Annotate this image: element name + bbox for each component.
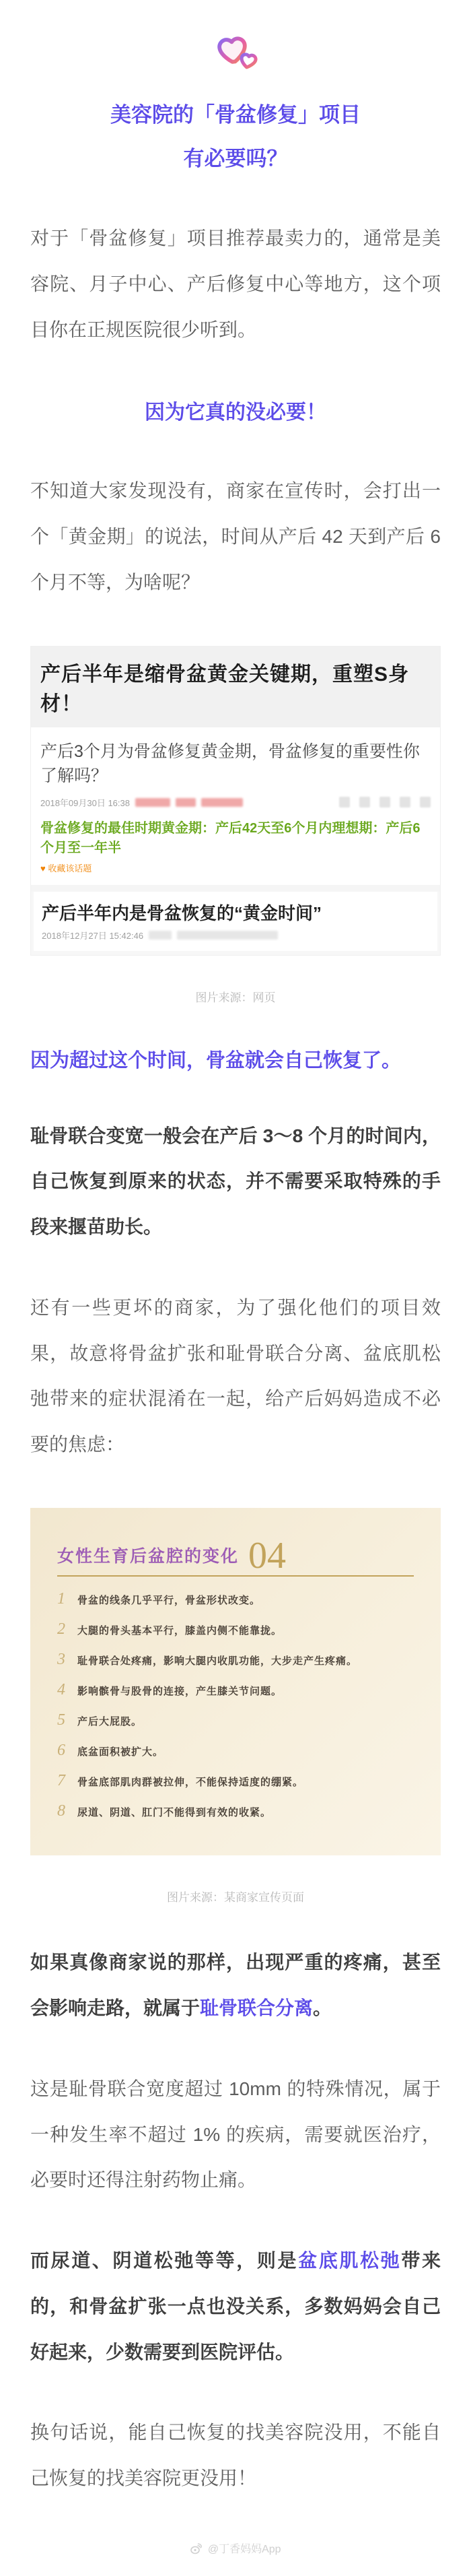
list-item: 6 底盆面积被扩大。 bbox=[57, 1742, 414, 1760]
redacted-source-text bbox=[176, 798, 196, 807]
redacted-source-text bbox=[135, 798, 170, 807]
redacted-share-icon bbox=[420, 797, 431, 807]
figure-promo-card[interactable]: 女性生育后盆腔的变化 04 1 骨盆的线条几乎平行，骨盆形状改变。 2 大腿的骨… bbox=[30, 1508, 441, 1905]
hearts-logo bbox=[0, 28, 471, 81]
text-segment: 。 bbox=[313, 1997, 332, 2018]
screenshot-headline: 产后半年是缩骨盆黄金关键期，重塑S身材！ bbox=[40, 663, 409, 715]
favorite-label: 收藏该话题 bbox=[48, 863, 92, 873]
list-item: 8 尿道、阴道、肛门不能得到有效的收紧。 bbox=[57, 1802, 414, 1820]
list-item: 5 产后大屁股。 bbox=[57, 1711, 414, 1729]
page-title-line1: 美容院的「骨盆修复」项目 bbox=[0, 93, 471, 137]
item-text: 尿道、阴道、肛门不能得到有效的收紧。 bbox=[77, 1805, 271, 1819]
item-text: 产后大屁股。 bbox=[77, 1714, 142, 1728]
screenshot-headline2: 产后半年内是骨盆恢复的“黄金时间” bbox=[42, 900, 429, 925]
heart-icon: ♥ bbox=[40, 863, 46, 873]
item-number: 5 bbox=[57, 1711, 77, 1729]
item-number: 8 bbox=[57, 1802, 77, 1820]
paragraph-pubic-symphysis: 耻骨联合变宽一般会在产后 3～8 个月的时间内，自己恢复到原来的状态，并不需要采… bbox=[30, 1113, 441, 1250]
list-item: 3 耻骨联合处疼痛，影响大腿内收肌功能，大步走产生疼痛。 bbox=[57, 1651, 414, 1669]
item-number: 6 bbox=[57, 1742, 77, 1760]
paragraph-10mm: 这是耻骨联合宽度超过 10mm 的特殊情况，属于一种发生率不超过 1% 的疾病，… bbox=[30, 2066, 441, 2203]
paragraph-intro: 对于「骨盆修复」项目推荐最卖力的，通常是美容院、月子中心、产后修复中心等地方，这… bbox=[30, 216, 441, 352]
list-item: 4 影响髌骨与股骨的连接，产生膝关节问题。 bbox=[57, 1681, 414, 1699]
screenshot-highlight-line: 骨盆修复的最佳时期黄金期：产后42天至6个月内理想期：产后6个月至一年半 bbox=[40, 817, 431, 856]
screenshot-meta-row: 2018年09月30日 16:38 bbox=[40, 796, 431, 809]
item-number: 3 bbox=[57, 1651, 77, 1669]
promo-card: 女性生育后盆腔的变化 04 1 骨盆的线条几乎平行，骨盆形状改变。 2 大腿的骨… bbox=[30, 1508, 441, 1855]
item-text: 大腿的骨头基本平行，膝盖内侧不能靠拢。 bbox=[77, 1623, 282, 1637]
list-item: 7 骨盆底部肌肉群被拉伸，不能保持适度的绷紧。 bbox=[57, 1772, 414, 1790]
promo-badge-number: 04 bbox=[248, 1539, 286, 1573]
screenshot-second-card: 产后半年内是骨盆恢复的“黄金时间” 2018年12月27日 15:42:46 bbox=[34, 892, 437, 951]
redacted-share-icon bbox=[400, 797, 410, 807]
item-number: 7 bbox=[57, 1772, 77, 1790]
promo-title-row: 女性生育后盆腔的变化 04 bbox=[57, 1539, 414, 1577]
figure-caption: 图片来源：网页 bbox=[30, 988, 441, 1005]
item-text: 耻骨联合处疼痛，影响大腿内收肌功能，大步走产生疼痛。 bbox=[77, 1653, 357, 1667]
link-pubic-separation[interactable]: 耻骨联合分离 bbox=[200, 1997, 313, 2018]
list-item: 2 大腿的骨头基本平行，膝盖内侧不能靠拢。 bbox=[57, 1620, 414, 1639]
screenshot-body: 产后3个月为骨盆修复黄金期，骨盆修复的重要性你了解吗？ 2018年09月30日 … bbox=[31, 727, 440, 885]
figure-caption: 图片来源：某商家宣传页面 bbox=[30, 1888, 441, 1905]
page-title-line2: 有必要吗？ bbox=[0, 137, 471, 180]
paragraph-conclusion: 换句话说，能自己恢复的找美容院没用，不能自己恢复的找美容院更没用！ bbox=[30, 2410, 441, 2501]
screenshot-favorite-row[interactable]: ♥ 收藏该话题 bbox=[40, 861, 431, 874]
watermark: @丁香妈妈App bbox=[0, 2540, 471, 2558]
redacted-source-text bbox=[149, 931, 172, 939]
redacted-share-icon bbox=[339, 797, 350, 807]
double-hearts-icon bbox=[203, 28, 268, 81]
screenshot-date2: 2018年12月27日 15:42:46 bbox=[42, 929, 143, 942]
statement-no-need: 因为它真的没必要！ bbox=[30, 395, 441, 425]
paragraph-golden-period: 不知道大家发现没有，商家在宣传时，会打出一个「黄金期」的说法，时间从产后 42 … bbox=[30, 468, 441, 605]
screenshot-subtitle: 产后3个月为骨盆修复黄金期，骨盆修复的重要性你了解吗？ bbox=[40, 738, 431, 787]
promo-title: 女性生育后盆腔的变化 bbox=[57, 1543, 239, 1573]
paragraph-separation: 如果真像商家说的那样，出现严重的疼痛，甚至会影响走路，就属于耻骨联合分离。 bbox=[30, 1940, 441, 2031]
text-segment: 而尿道、阴道松弛等等，则是 bbox=[30, 2250, 298, 2271]
item-number: 4 bbox=[57, 1681, 77, 1699]
page-title: 美容院的「骨盆修复」项目 有必要吗？ bbox=[0, 93, 471, 180]
item-text: 骨盆底部肌肉群被拉伸，不能保持适度的绷紧。 bbox=[77, 1775, 303, 1789]
link-pelvic-floor-laxity[interactable]: 盆底肌松弛 bbox=[298, 2250, 401, 2271]
redacted-share-icon bbox=[359, 797, 370, 807]
screenshot-divider bbox=[31, 885, 440, 892]
figure-web-screenshot[interactable]: 产后半年是缩骨盆黄金关键期，重塑S身材！ 产后3个月为骨盆修复黄金期，骨盆修复的… bbox=[30, 646, 441, 1005]
statement-pelvis-recovers: 因为超过这个时间，骨盆就会自己恢复了。 bbox=[30, 1045, 441, 1073]
web-screenshot-collage: 产后半年是缩骨盆黄金关键期，重塑S身材！ 产后3个月为骨盆修复黄金期，骨盆修复的… bbox=[30, 646, 441, 956]
screenshot-date1: 2018年09月30日 16:38 bbox=[40, 796, 130, 809]
article-page: 美容院的「骨盆修复」项目 有必要吗？ 对于「骨盆修复」项目推荐最卖力的，通常是美… bbox=[0, 0, 471, 2576]
watermark-text: @丁香妈妈App bbox=[208, 2544, 281, 2555]
screenshot-meta-row2: 2018年12月27日 15:42:46 bbox=[42, 929, 429, 942]
redacted-source-text bbox=[177, 931, 278, 939]
redacted-share-icon bbox=[379, 797, 390, 807]
promo-list: 1 骨盆的线条几乎平行，骨盆形状改变。 2 大腿的骨头基本平行，膝盖内侧不能靠拢… bbox=[57, 1590, 414, 1820]
paragraph-bad-merchants: 还有一些更坏的商家，为了强化他们的项目效果，故意将骨盆扩张和耻骨联合分离、盆底肌… bbox=[30, 1285, 441, 1467]
app-logo-icon bbox=[190, 2543, 202, 2558]
paragraph-pelvic-floor: 而尿道、阴道松弛等等，则是盆底肌松弛带来的，和骨盆扩张一点也没关系，多数妈妈会自… bbox=[30, 2238, 441, 2375]
list-item: 1 骨盆的线条几乎平行，骨盆形状改变。 bbox=[57, 1590, 414, 1608]
item-text: 骨盆的线条几乎平行，骨盆形状改变。 bbox=[77, 1593, 260, 1607]
screenshot-headline-band: 产后半年是缩骨盆黄金关键期，重塑S身材！ bbox=[31, 647, 440, 727]
item-text: 影响髌骨与股骨的连接，产生膝关节问题。 bbox=[77, 1684, 282, 1698]
item-number: 1 bbox=[57, 1590, 77, 1608]
item-text: 底盆面积被扩大。 bbox=[77, 1744, 164, 1758]
item-number: 2 bbox=[57, 1620, 77, 1639]
redacted-source-text bbox=[201, 798, 243, 807]
